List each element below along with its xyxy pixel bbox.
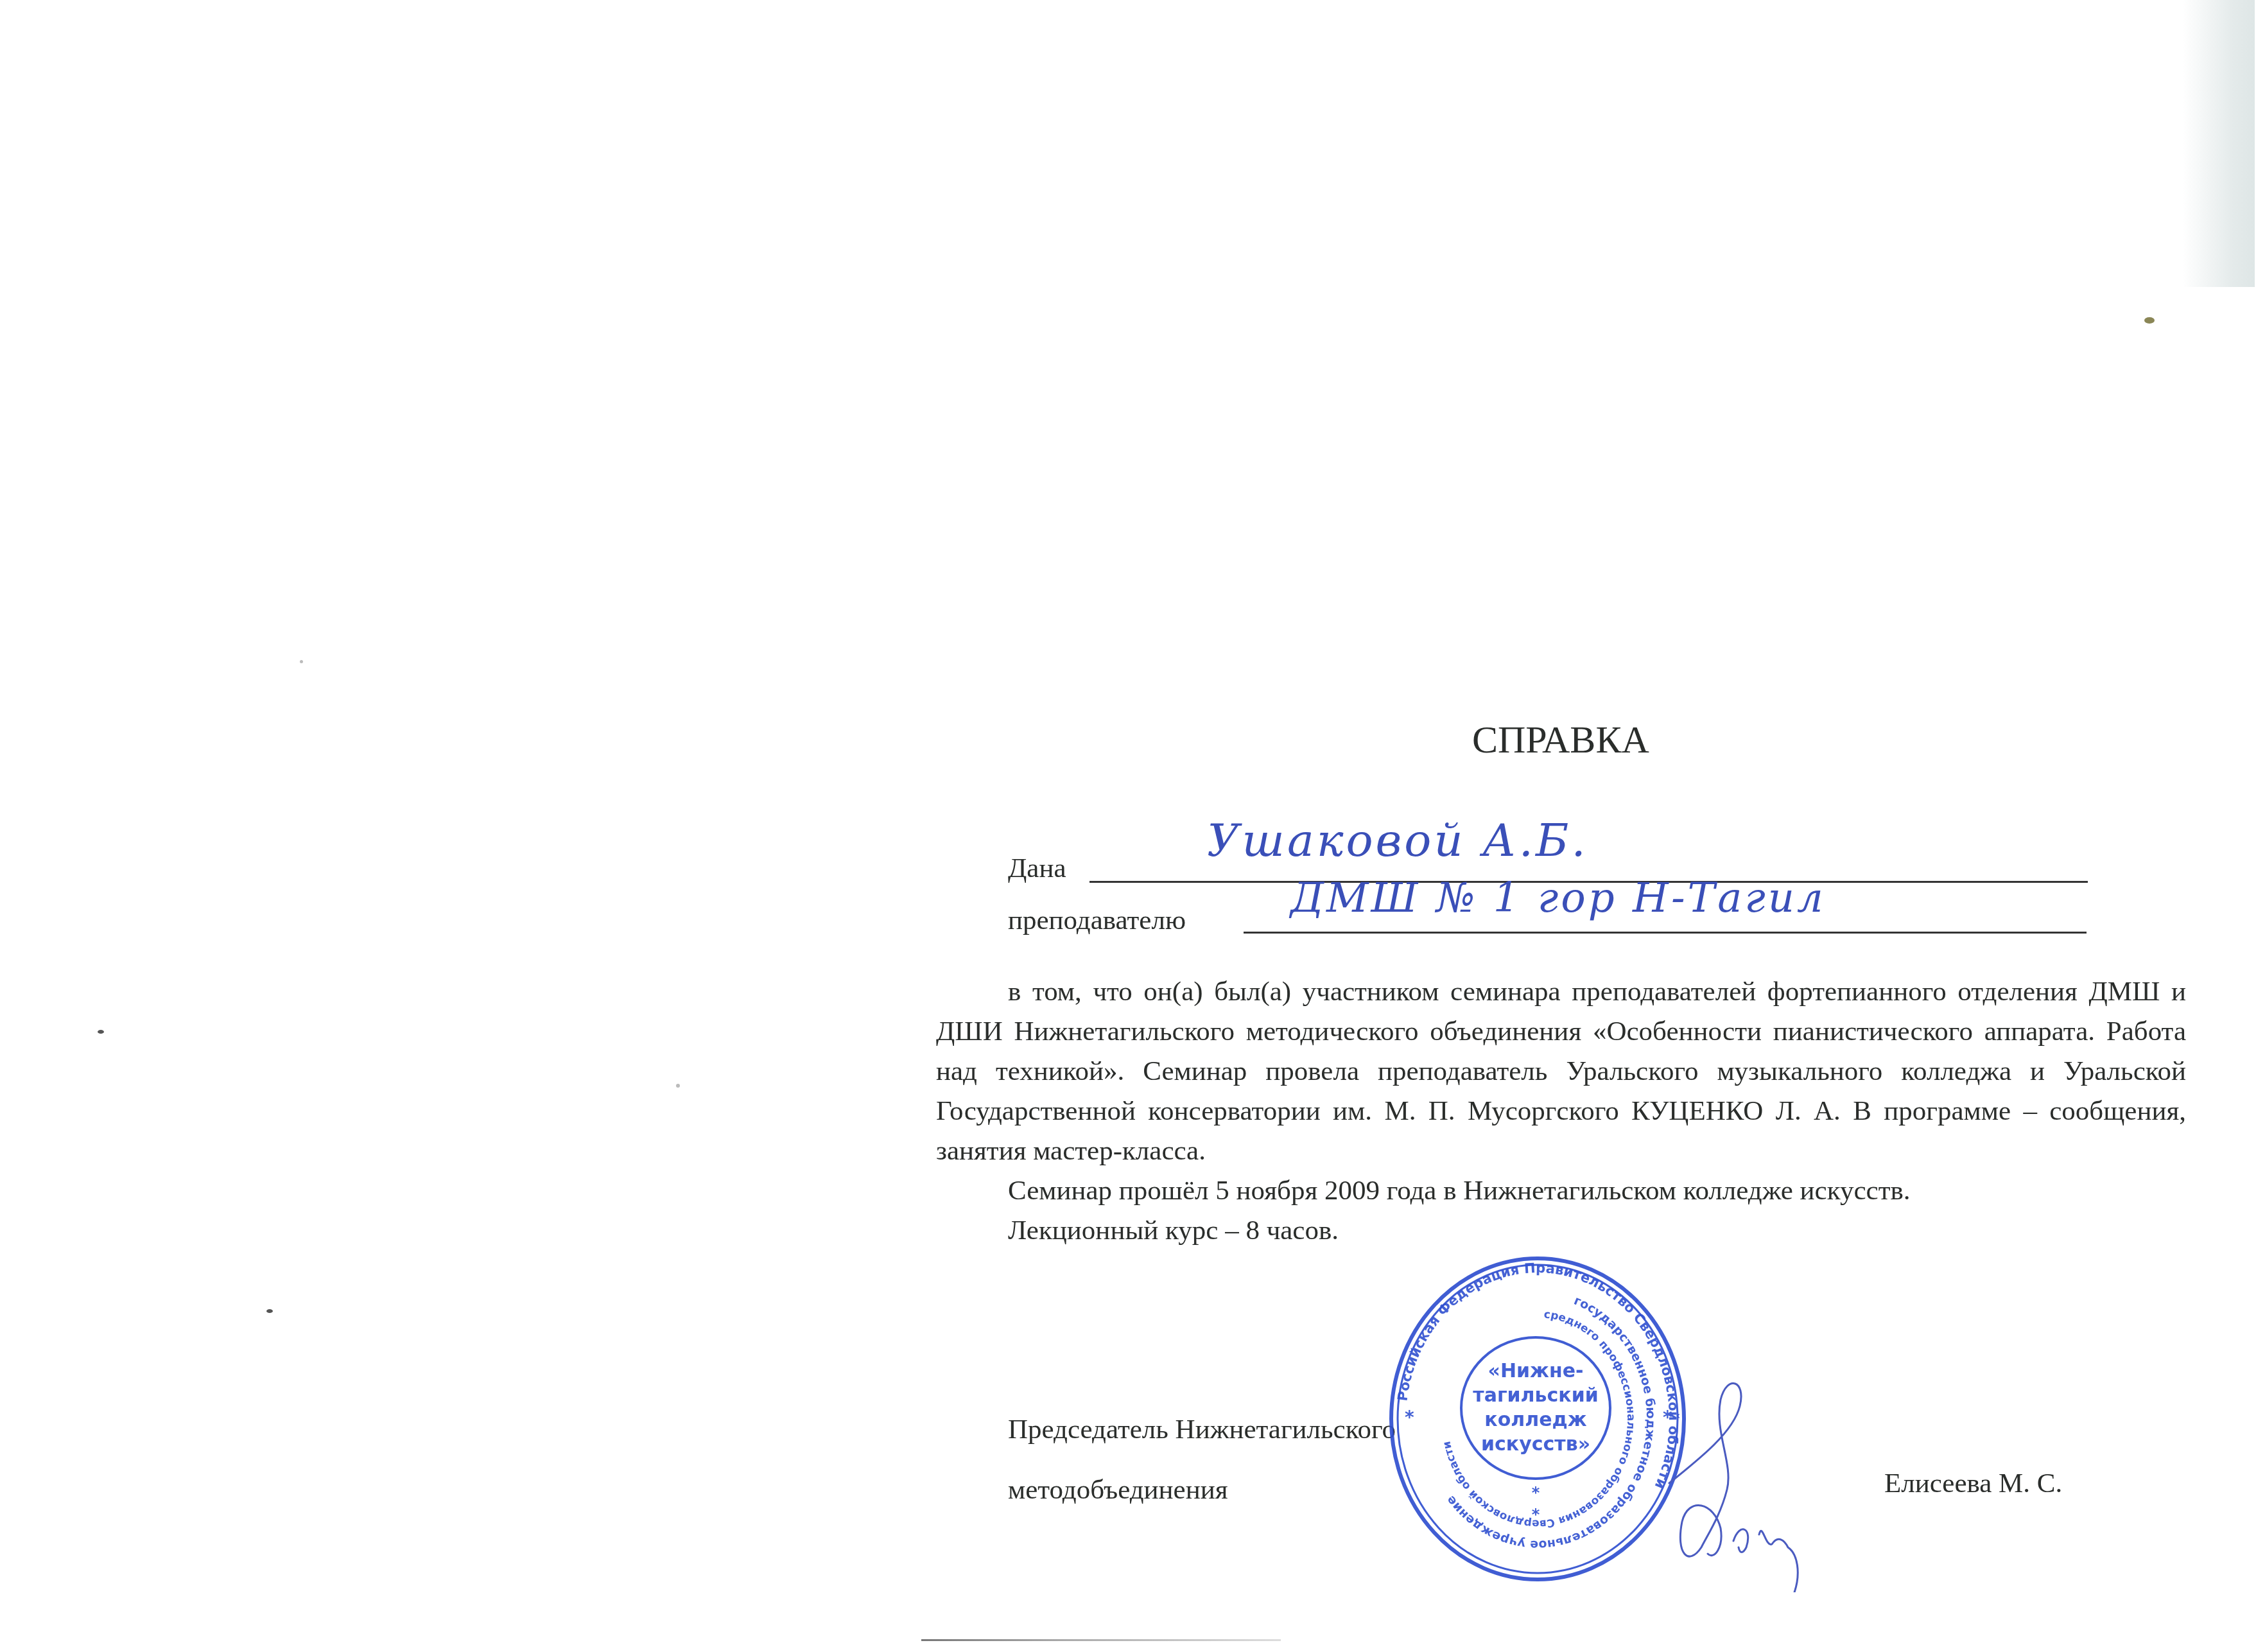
scan-edge-shadow bbox=[2183, 0, 2255, 287]
stamp-center-line: колледж bbox=[1484, 1409, 1586, 1431]
signer-name: Елисеева М. С. bbox=[1884, 1464, 2062, 1504]
handwritten-signature-icon bbox=[1663, 1361, 1855, 1592]
scan-speck bbox=[98, 1030, 104, 1034]
signature-position: Председатель Нижнетагильского методобъед… bbox=[1008, 1400, 1396, 1520]
official-stamp-icon: Российская Федерация Правительство Сверд… bbox=[1387, 1255, 1688, 1583]
signature-position-line2: методобъединения bbox=[1008, 1460, 1396, 1520]
document-body: в том, что он(а) был(а) участником семин… bbox=[936, 972, 2186, 1251]
field-label-teacher: преподавателю bbox=[1008, 907, 1186, 934]
document-title: СПРАВКА bbox=[1472, 720, 1649, 759]
paragraph-hours: Лекционный курс – 8 часов. bbox=[936, 1211, 2186, 1251]
field-label-given-to: Дана bbox=[1008, 855, 1066, 882]
stamp-center-line: тагильский bbox=[1473, 1384, 1598, 1407]
paragraph-date: Семинар прошёл 5 ноября 2009 года в Нижн… bbox=[936, 1171, 2186, 1211]
stamp-center-line: искусств» bbox=[1481, 1433, 1590, 1456]
scan-speck bbox=[300, 660, 303, 663]
scan-speck bbox=[676, 1084, 680, 1088]
scan-speck bbox=[2144, 317, 2155, 324]
signature-position-line1: Председатель Нижнетагильского bbox=[1008, 1400, 1396, 1460]
svg-text:*: * bbox=[1532, 1506, 1540, 1524]
handwritten-school: ДМШ № 1 гор Н-Тагил bbox=[1290, 874, 1826, 922]
svg-text:*: * bbox=[1532, 1484, 1540, 1502]
paragraph-main: в том, что он(а) был(а) участником семин… bbox=[936, 972, 2186, 1171]
svg-text:*: * bbox=[1405, 1407, 1414, 1428]
handwritten-recipient-name: Ушаковой А.Б. bbox=[1207, 814, 1588, 867]
scan-bottom-edge bbox=[921, 1639, 1281, 1641]
stamp-center-line: «Нижне- bbox=[1488, 1360, 1584, 1382]
scan-speck bbox=[266, 1309, 273, 1313]
underline-teacher bbox=[1244, 932, 2087, 934]
